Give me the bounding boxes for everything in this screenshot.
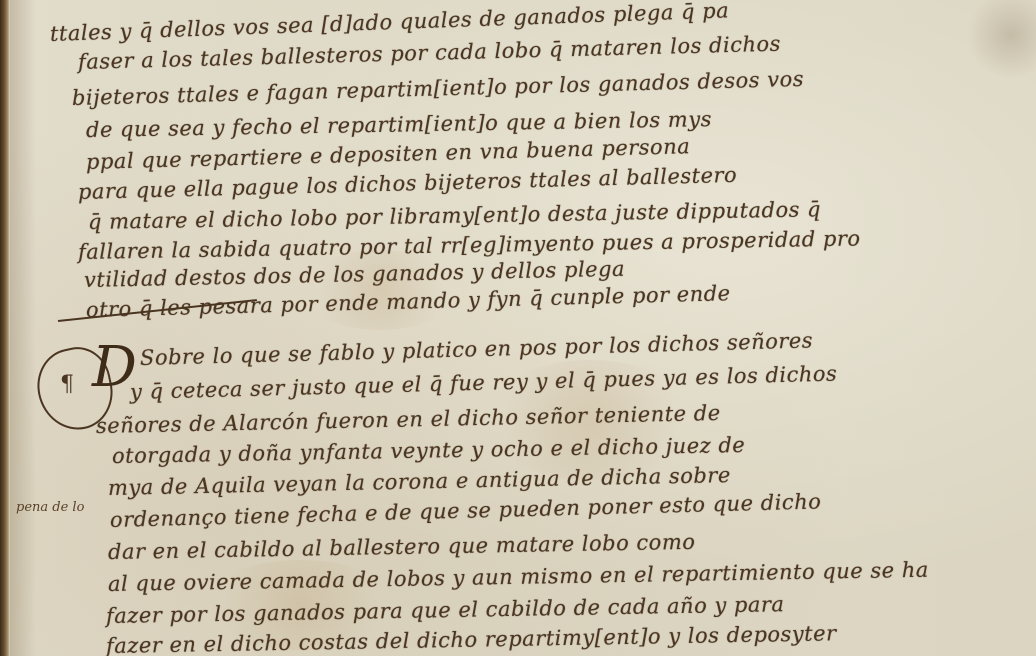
manuscript-text: ttales y q̄ dellos vos sea [d]ado quales… <box>0 0 1036 656</box>
manuscript-line: otorgada y doña ynfanta veynte y ocho e … <box>112 433 746 468</box>
manuscript-line: fazer por los ganados para que el cabild… <box>106 592 785 628</box>
manuscript-line: fazer en el dicho costas del dicho repar… <box>106 621 837 656</box>
manuscript-line: y q̄ ceteca ser justo que el q̄ fue rey … <box>130 361 838 404</box>
pilcrow-mark: ¶ <box>60 372 74 397</box>
manuscript-line: señores de Alarcón fueron en el dicho se… <box>96 401 721 438</box>
margin-annotation: pena de lo <box>16 500 84 515</box>
manuscript-line: al que oviere camada de lobos y aun mism… <box>108 558 929 596</box>
manuscript-line: dar en el cabildo al ballestero que mata… <box>108 530 696 564</box>
manuscript-page: ttales y q̄ dellos vos sea [d]ado quales… <box>0 0 1036 656</box>
manuscript-line: bijeteros ttales e fagan repartim[ient]o… <box>72 67 805 110</box>
